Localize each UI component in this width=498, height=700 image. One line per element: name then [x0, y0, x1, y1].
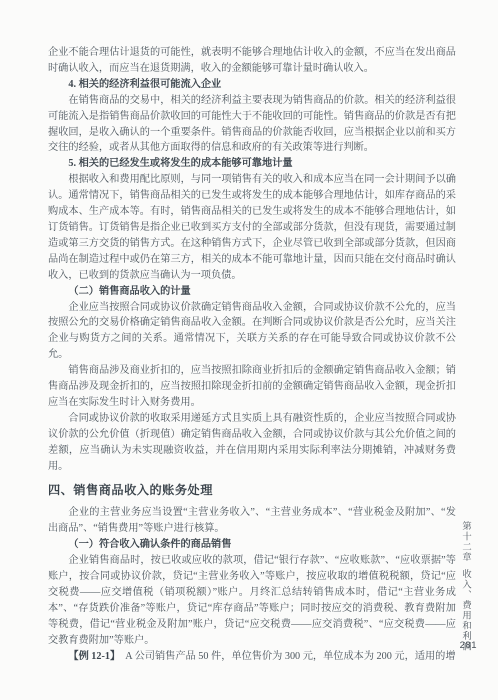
paragraph-measurement-fair-value: 企业应当按照合同或协议价款确定销售商品收入金额，合同或协议价款不公允的，应当按照…: [48, 300, 456, 364]
heading-qualified-sales: （一）符合收入确认条件的商品销售: [48, 537, 456, 553]
paragraph-condition-4: 在销售商品的交易中，相关的经济利益主要表现为销售商品的价款。相关的经济利益很可能…: [48, 93, 456, 157]
paragraph-measurement-discount: 销售商品涉及商业折扣的，应当按照扣除商业折扣后的金额确定销售商品收入金额；销售商…: [48, 363, 456, 411]
example-label: 【例 12-1】: [68, 651, 115, 662]
heading-measurement: （二）销售商品收入的计量: [48, 284, 456, 300]
paragraph-measurement-deferred: 合同或协议价款的收取采用递延方式且实质上具有融资性质的，企业应当按照合同或协议价…: [48, 411, 456, 475]
example-text: A 公司销售产品 50 件，单位售价为 300 元，单位成本为 200 元，适用…: [115, 651, 455, 662]
paragraph-condition-5: 根据收入和费用配比原则，与同一项销售有关的收入和成本应当在同一会计期间予以确认。…: [48, 172, 456, 283]
paragraph-carryover: 企业不能合理估计退货的可能性，就表明不能够合理地估计收入的金额，不应当在发出商品…: [48, 45, 456, 77]
book-page: 企业不能合理估计退货的可能性，就表明不能够合理地估计收入的金额，不应当在发出商品…: [0, 0, 498, 700]
paragraph-journal-entries: 企业销售商品时，按已收或应收的款项，借记“银行存款”、“应收账款”、“应收票据”…: [48, 553, 456, 648]
section-heading-accounting-treatment: 四、销售商品收入的账务处理: [48, 483, 456, 499]
page-body-text: 企业不能合理估计退货的可能性，就表明不能够合理地估计收入的金额，不应当在发出商品…: [48, 45, 456, 664]
margin-chapter-label: 第十二章收入、费用和利润: [458, 521, 472, 652]
page-number: 281: [460, 640, 477, 651]
heading-condition-4: 4. 相关的经济利益很可能流入企业: [48, 77, 456, 93]
example-12-1: 【例 12-1】 A 公司销售产品 50 件，单位售价为 300 元，单位成本为…: [48, 649, 456, 665]
chapter-number-label: 第十二章: [460, 521, 470, 562]
heading-condition-5: 5. 相关的已经发生或将发生的成本能够可靠地计量: [48, 156, 456, 172]
paragraph-accounts-setup: 企业的主营业务应当设置“主营业务收入”、“主营业务成本”、“营业税金及附加”、“…: [48, 505, 456, 537]
